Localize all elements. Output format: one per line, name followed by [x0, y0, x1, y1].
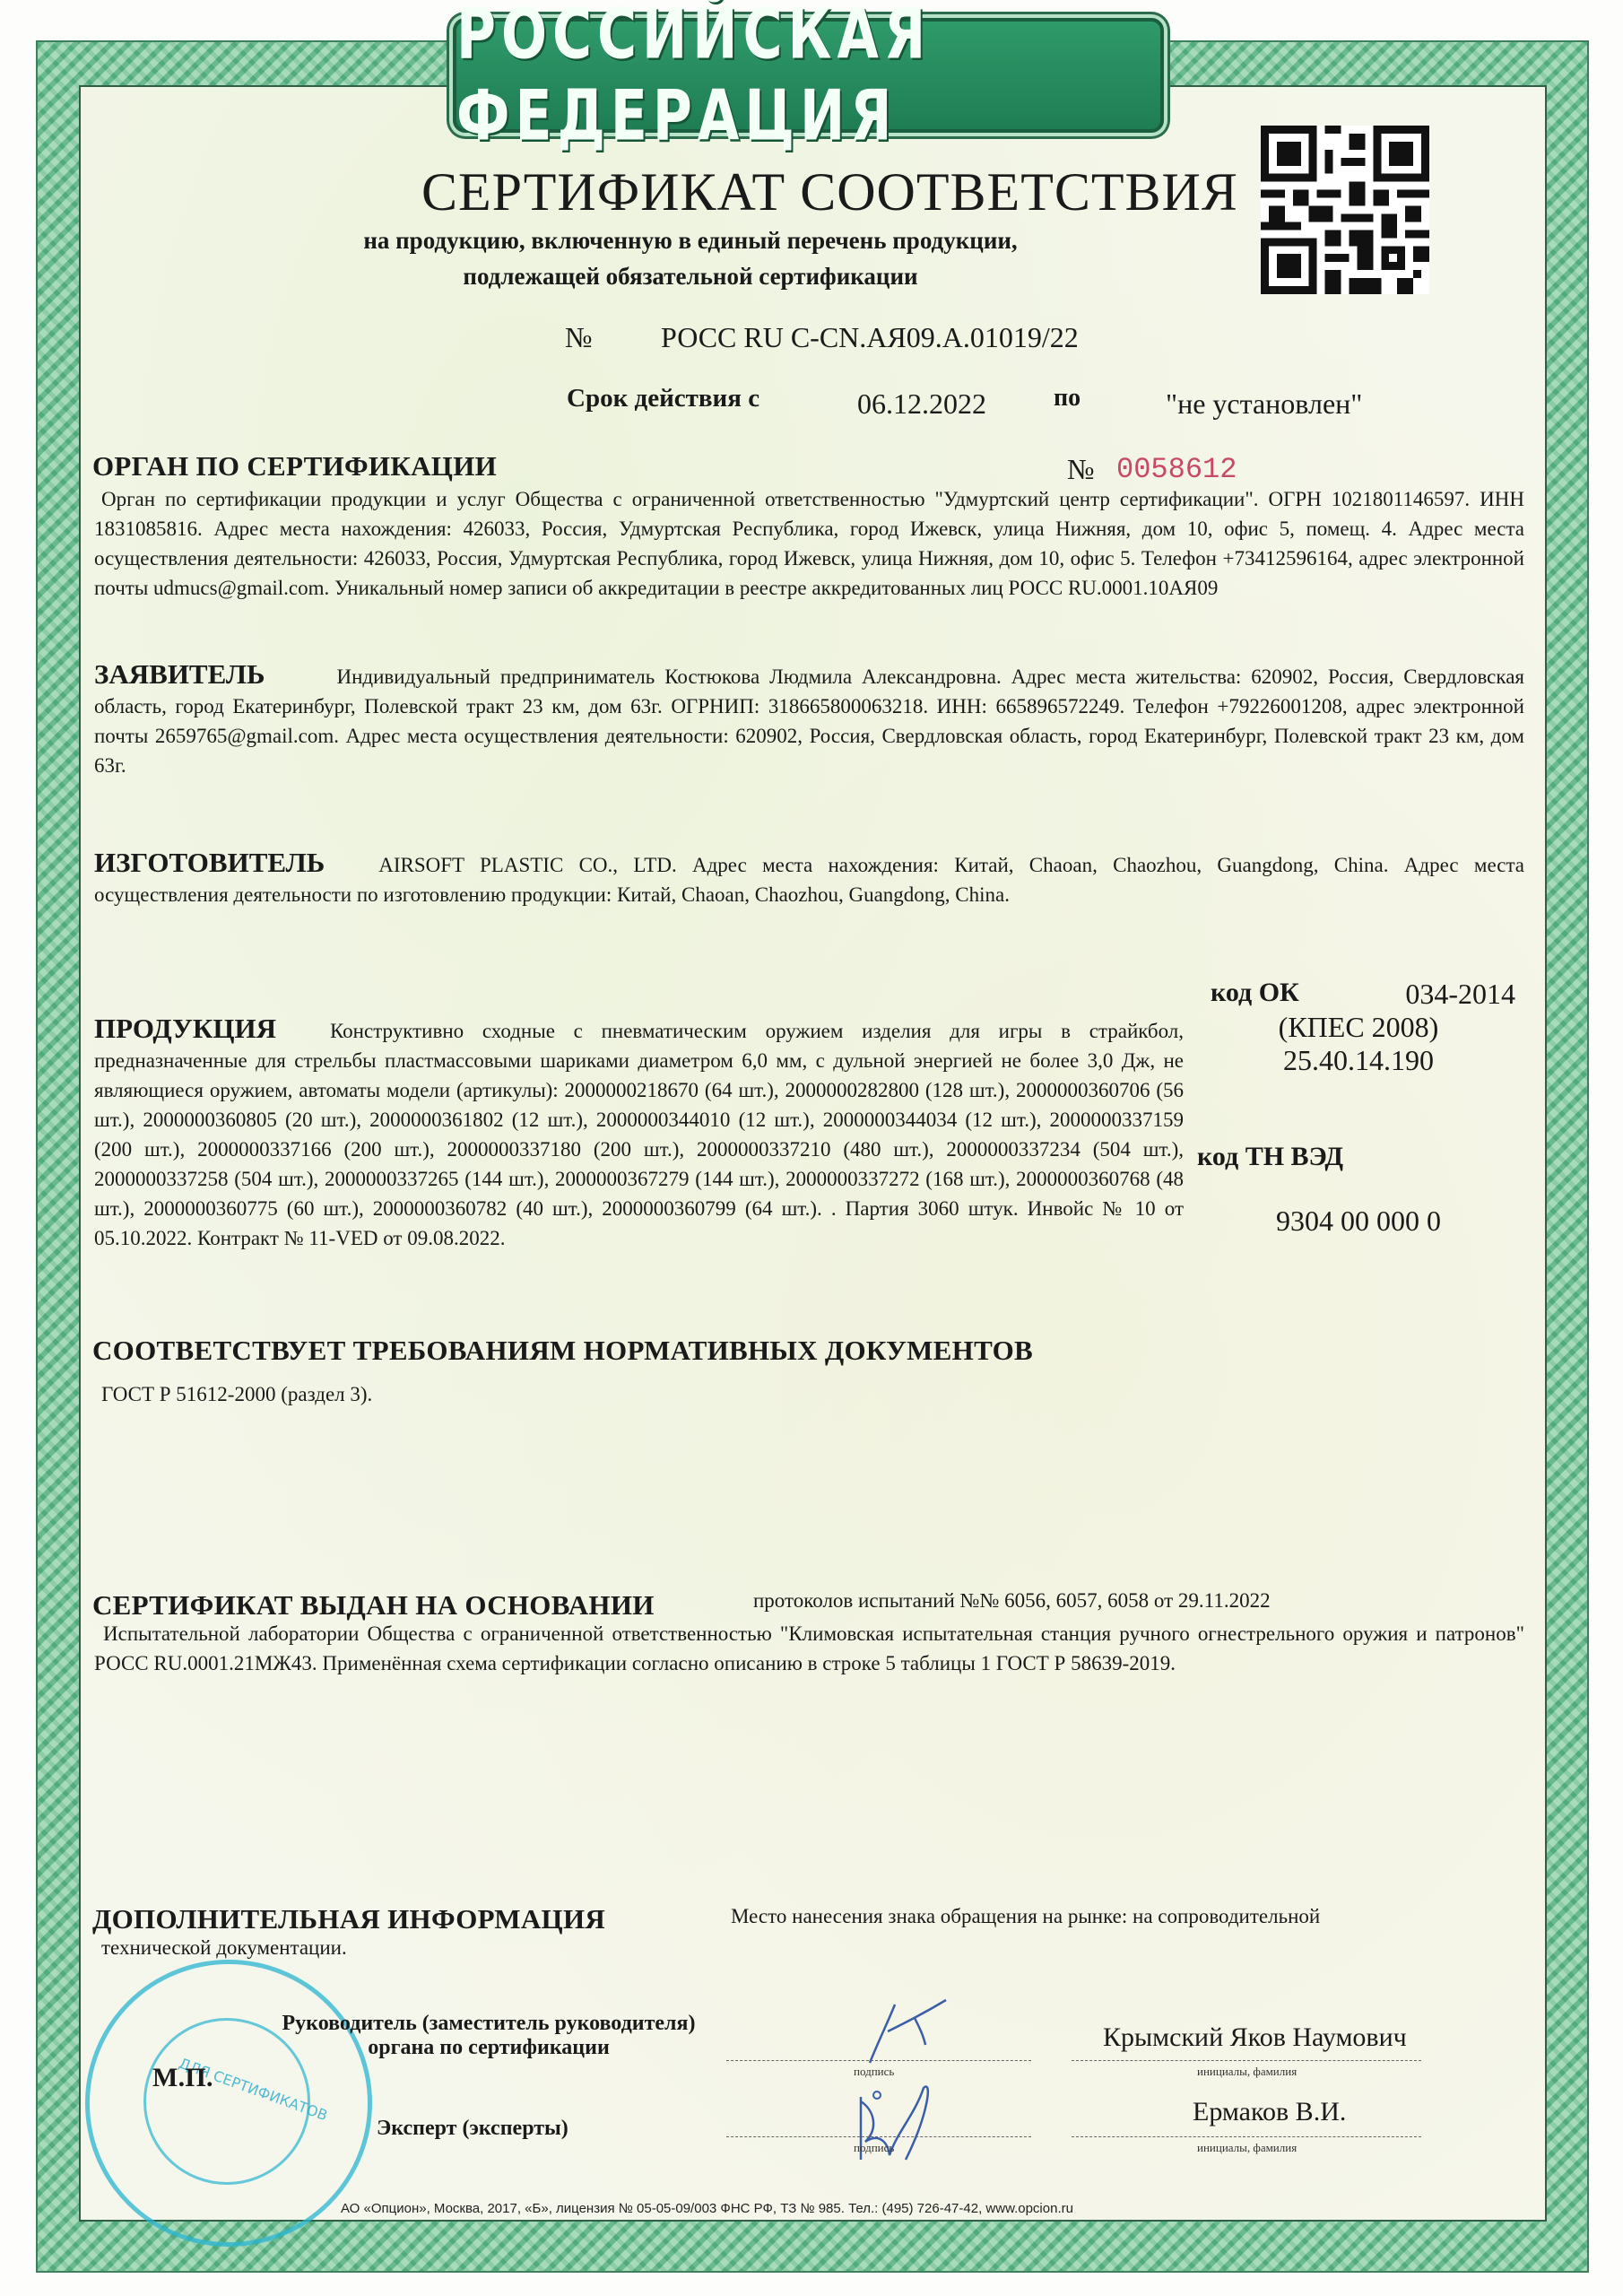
- head-signature-caption: подпись: [854, 2065, 894, 2079]
- organization-stamp: ДЛЯ СЕРТИФИКАТОВ: [85, 1960, 372, 2247]
- expert-role: Эксперт (эксперты): [377, 2117, 568, 2141]
- expert-signature-icon: [834, 2079, 959, 2169]
- certification-body-heading: ОРГАН ПО СЕРТИФИКАЦИИ: [92, 450, 497, 483]
- tnved-code: 9304 00 000 0: [1193, 1205, 1524, 1238]
- ok-code-block: код ОК 034-2014 (КПЕС 2008) 25.40.14.190: [1193, 978, 1524, 1077]
- additional-info-text: технической документации.: [101, 1933, 347, 1962]
- applicant-section: ЗАЯВИТЕЛЬИндивидуальный предприниматель …: [94, 659, 1524, 780]
- basis-text: Испытательной лаборатории Общества с огр…: [94, 1619, 1524, 1678]
- head-signature-line: [726, 2060, 1031, 2061]
- blank-number-label: №: [1067, 453, 1095, 486]
- tnved-label: код ТН ВЭД: [1197, 1142, 1343, 1171]
- head-role-line2: органа по сертификации: [256, 2036, 722, 2060]
- blank-serial-number: 0058612: [1116, 453, 1237, 486]
- head-name-caption: инициалы, фамилия: [1197, 2065, 1297, 2079]
- applicant-text: Индивидуальный предприниматель Костюкова…: [94, 665, 1524, 777]
- manufacturer-heading: ИЗГОТОВИТЕЛЬ: [94, 847, 325, 878]
- conformity-standard: ГОСТ Р 51612-2000 (раздел 3).: [101, 1379, 372, 1409]
- ok-code-value: 25.40.14.190: [1193, 1044, 1524, 1077]
- ok-code-classifier: (КПЕС 2008): [1193, 1011, 1524, 1044]
- document-title: СЕРТИФИКАТ СООТВЕТСТВИЯ: [421, 161, 1238, 223]
- head-name-line: [1072, 2060, 1421, 2061]
- basis-heading: СЕРТИФИКАТ ВЫДАН НА ОСНОВАНИИ: [92, 1589, 655, 1622]
- printer-footer: АО «Опцион», Москва, 2017, «Б», лицензия…: [341, 2201, 1073, 2216]
- validity-label: Срок действия с: [567, 384, 759, 413]
- basis-protocols: протоколов испытаний №№ 6056, 6057, 6058…: [753, 1586, 1271, 1615]
- expert-name: Ермаков В.И.: [1193, 2097, 1346, 2127]
- applicant-heading: ЗАЯВИТЕЛЬ: [94, 658, 265, 690]
- additional-info-heading: ДОПОЛНИТЕЛЬНАЯ ИНФОРМАЦИЯ: [92, 1903, 605, 1935]
- expert-signature-caption: подпись: [854, 2141, 894, 2155]
- expert-name-line: [1072, 2136, 1421, 2137]
- banner-text: РОССИЙСКАЯ ФЕДЕРАЦИЯ: [456, 0, 1160, 157]
- manufacturer-section: ИЗГОТОВИТЕЛЬAIRSOFT PLASTIC CO., LTD. Ад…: [94, 848, 1524, 909]
- tnved-label-wrap: код ТН ВЭД: [1193, 1139, 1529, 1172]
- head-role-line1: Руководитель (заместитель руководителя): [256, 2012, 722, 2036]
- valid-to-label: по: [1054, 384, 1081, 413]
- qr-code-icon: [1260, 126, 1430, 294]
- country-banner: РОССИЙСКАЯ ФЕДЕРАЦИЯ: [453, 18, 1164, 133]
- expert-name-caption: инициалы, фамилия: [1197, 2141, 1297, 2155]
- product-text: Конструктивно сходные с пневматическим о…: [94, 1020, 1184, 1249]
- certificate-number-label: №: [565, 321, 593, 354]
- ok-code-label: код ОК: [1211, 978, 1299, 1011]
- stamp-place-label: М.П.: [152, 2063, 213, 2093]
- valid-from-date: 06.12.2022: [857, 387, 986, 421]
- certification-body-text: Орган по сертификации продукции и услуг …: [94, 484, 1524, 603]
- ok-code-standard: 034-2014: [1405, 978, 1515, 1011]
- valid-to-value: "не установлен": [1166, 387, 1362, 421]
- expert-signature-line: [726, 2136, 1031, 2137]
- additional-info-first-line: Место нанесения знака обращения на рынке…: [731, 1901, 1320, 1931]
- certificate-number: РОСС RU C-CN.АЯ09.А.01019/22: [661, 321, 1079, 354]
- head-signature-icon: [861, 1996, 959, 2067]
- product-section: ПРОДУКЦИЯКонструктивно сходные с пневмат…: [94, 1013, 1184, 1253]
- product-heading: ПРОДУКЦИЯ: [94, 1013, 276, 1044]
- head-role: Руководитель (заместитель руководителя) …: [256, 2012, 722, 2060]
- conformity-heading: СООТВЕТСТВУЕТ ТРЕБОВАНИЯМ НОРМАТИВНЫХ ДО…: [92, 1335, 1033, 1367]
- head-name: Крымский Яков Наумович: [1103, 2022, 1407, 2053]
